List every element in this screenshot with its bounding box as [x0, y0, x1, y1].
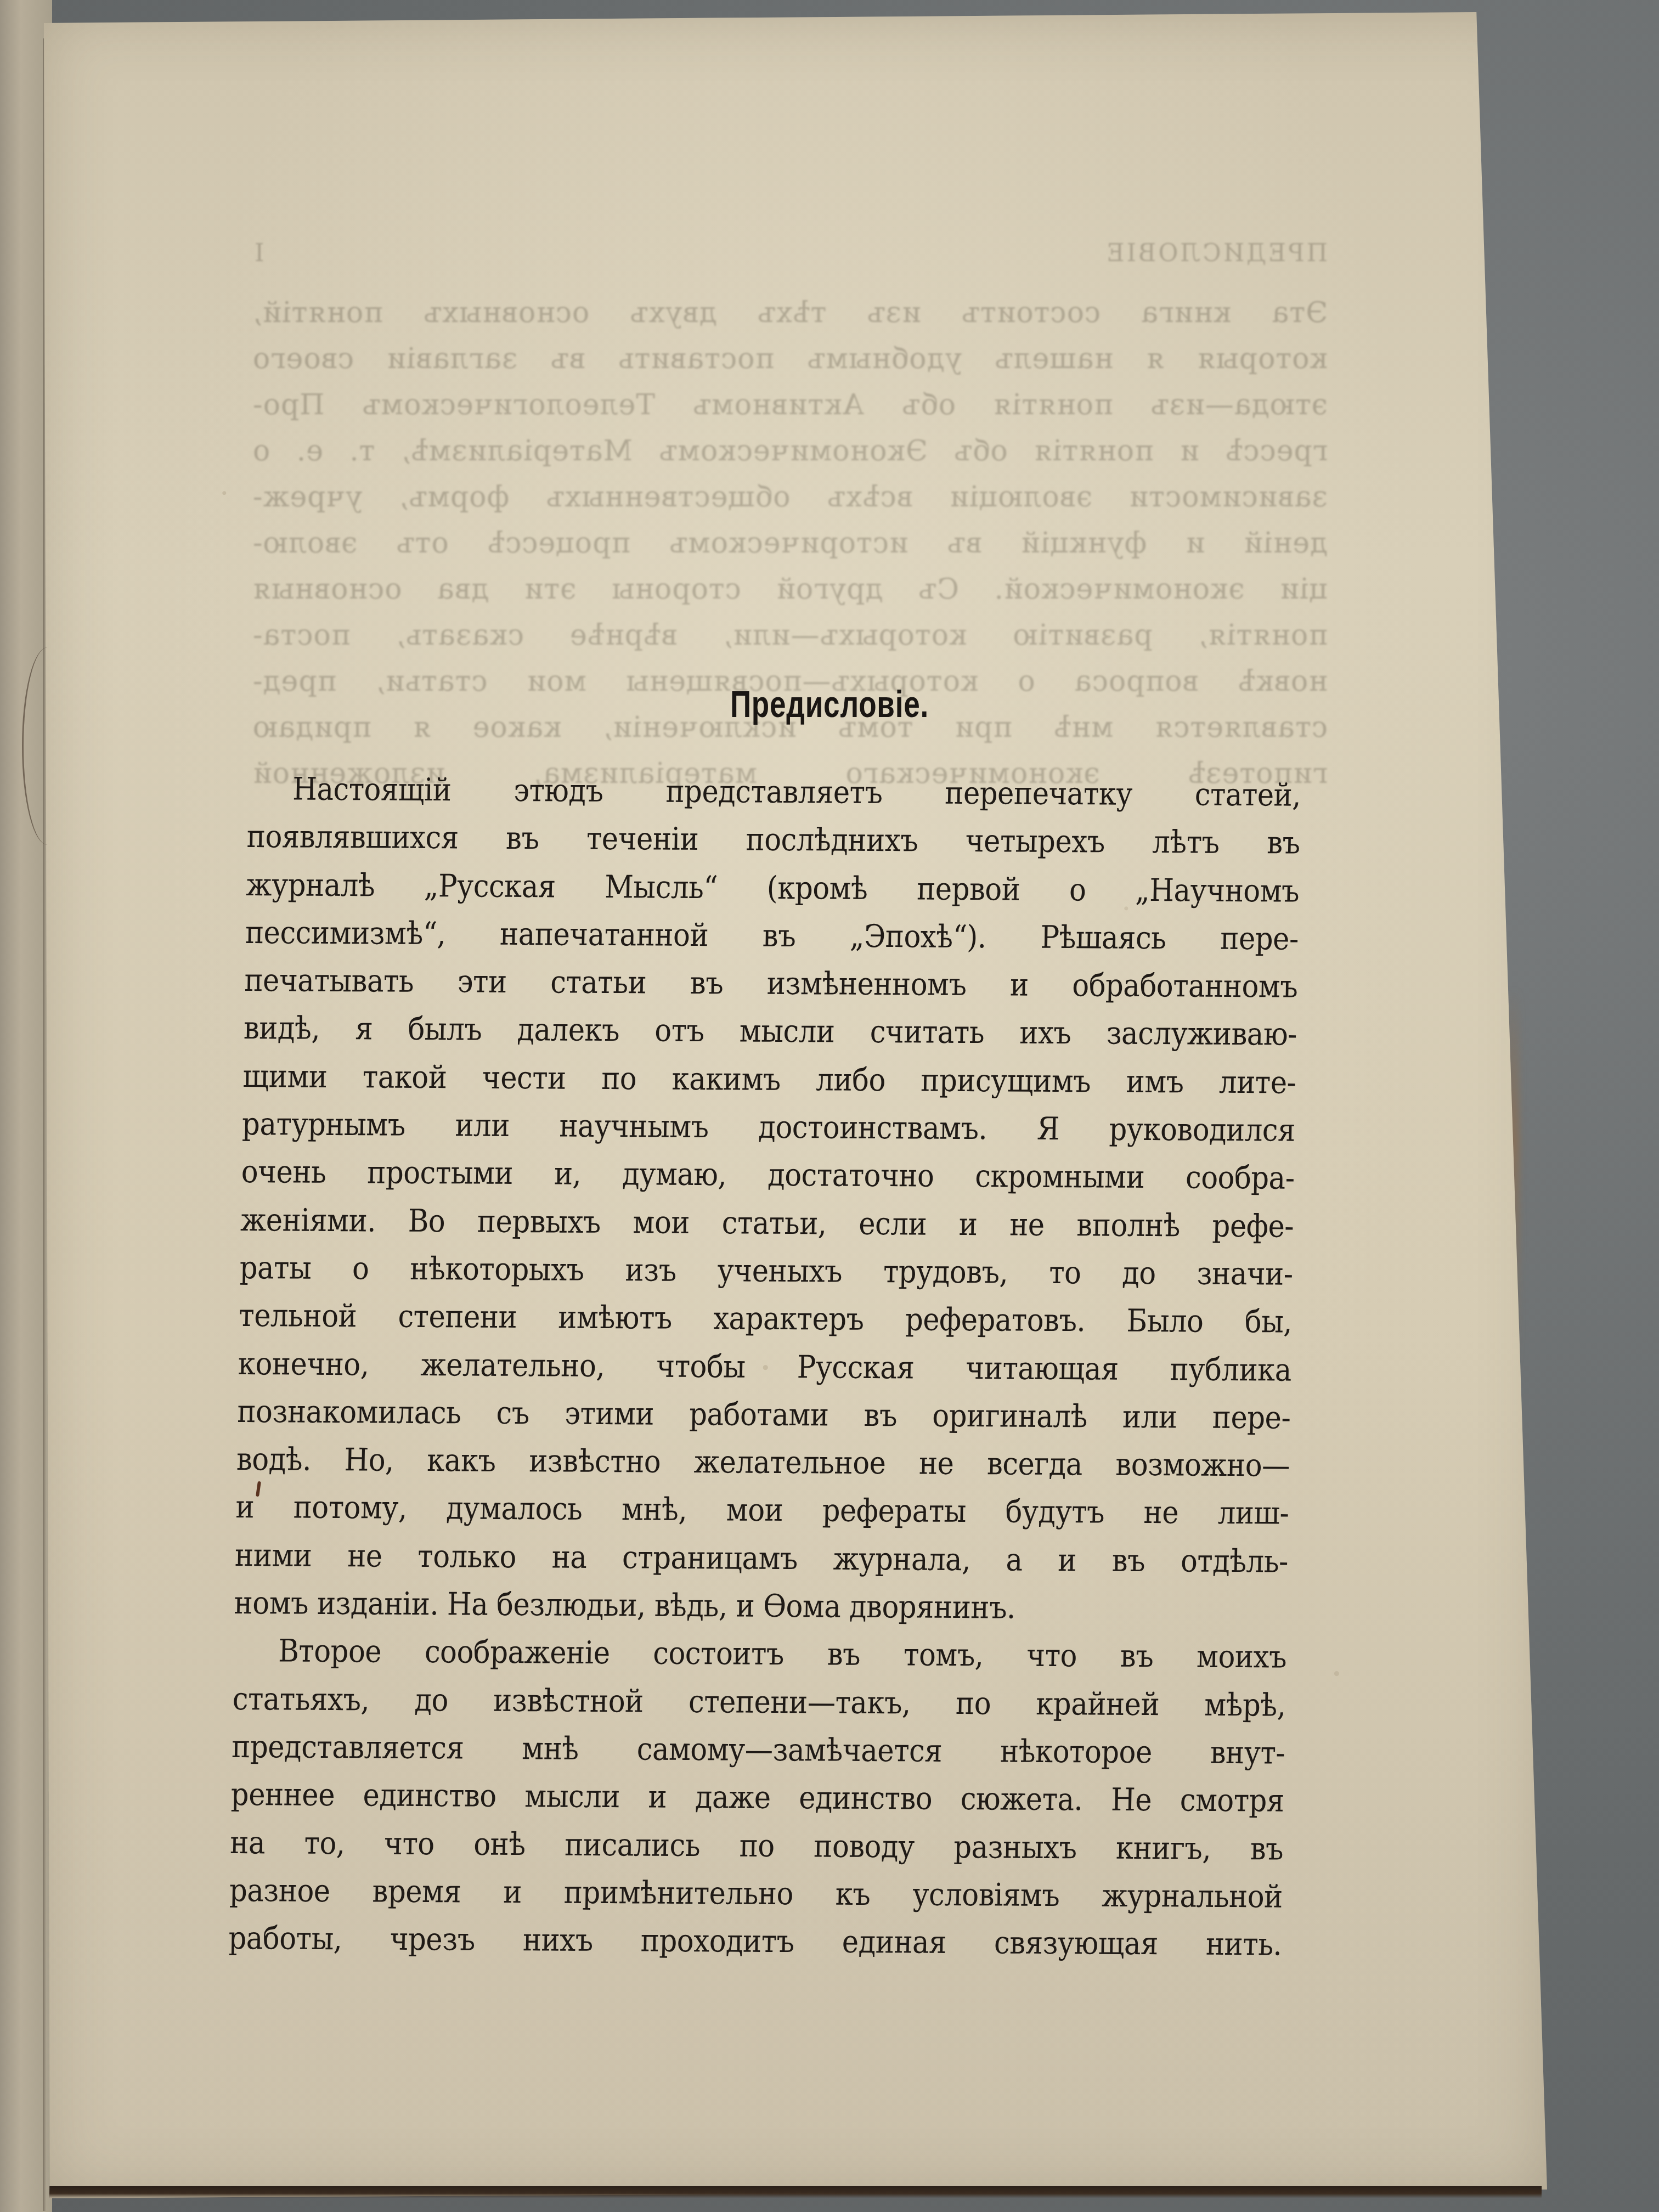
paragraph-1: Настоящій этюдъ представляетъ перепечатк…: [234, 765, 1301, 1634]
show-through-line: ціи экономической. Съ другой стороны эти…: [252, 566, 1328, 612]
text-line: и потому, думалось мнѣ, мои рефераты буд…: [235, 1483, 1289, 1538]
show-through-line: понятія, развитію которыхъ—или, вѣрнѣе с…: [252, 612, 1328, 658]
text-line: тельной степени имѣютъ характеръ реферат…: [239, 1292, 1293, 1346]
paragraph-2: Второе соображеніе состоитъ въ томъ, что…: [228, 1627, 1287, 1969]
show-through-header: ПРЕДИСЛОВІЕ I: [252, 230, 1328, 276]
text-line: представляется мнѣ самому—замѣчается нѣк…: [232, 1723, 1285, 1778]
text-line: появлявшихся въ теченіи послѣднихъ четыр…: [246, 813, 1300, 867]
text-line: работы, чрезъ нихъ проходитъ единая связ…: [228, 1915, 1282, 1969]
show-through-line: грессѣ и понятія объ Экономическомъ Мате…: [252, 428, 1328, 474]
text-line: ратурнымъ или научнымъ достоинствамъ. Я …: [241, 1101, 1295, 1155]
text-line: очень простыми и, думаю, достаточно скро…: [241, 1148, 1295, 1203]
show-through-line: Эта книга состоитъ изъ тѣхъ двухъ основн…: [252, 290, 1328, 336]
text-line: водѣ. Но, какъ извѣстно желательное не в…: [236, 1436, 1290, 1490]
text-line: женіями. Во первыхъ мои статьи, если и н…: [240, 1197, 1294, 1251]
text-line: щими такой чести по какимъ либо присущим…: [242, 1053, 1296, 1107]
text-line: печатывать эти статьи въ измѣненномъ и о…: [244, 957, 1298, 1011]
text-line: номъ изданіи. На безлюдьи, вѣдь, и Ѳома …: [234, 1579, 1288, 1634]
text-line: реннее единство мысли и даже единство сю…: [230, 1771, 1284, 1825]
text-line: на то, что онѣ писались по поводу разных…: [230, 1819, 1284, 1873]
show-through-line: деній и функцій въ историческомъ процесс…: [252, 520, 1328, 566]
show-through-line: зависимости эволюціи всѣхъ общественныхъ…: [252, 474, 1328, 520]
show-through-title: ПРЕДИСЛОВІЕ: [1104, 230, 1328, 276]
body-text: Настоящій этюдъ представляетъ перепечатк…: [228, 765, 1301, 1969]
text-line: раты о нѣкоторыхъ изъ ученыхъ трудовъ, т…: [239, 1244, 1293, 1299]
text-line: познакомилась съ этими работами въ ориги…: [237, 1388, 1291, 1442]
show-through-page-number: I: [252, 230, 264, 276]
text-line: Второе соображеніе состоитъ въ томъ, что…: [233, 1627, 1286, 1681]
margin-pencil-curve: [22, 647, 73, 845]
show-through-line: этюда—изъ понятія объ Активномъ Телеолог…: [252, 382, 1328, 428]
page-heading: Предисловіе.: [183, 683, 1477, 726]
show-through-line: которыя я нашелъ удобнымъ поставить въ з…: [252, 336, 1328, 382]
text-line: видѣ, я былъ далекъ отъ мысли считать их…: [243, 1005, 1297, 1059]
text-line: Настоящій этюдъ представляетъ перепечатк…: [247, 765, 1301, 820]
text-line: пессимизмѣ“, напечатанной въ „Эпохѣ“). Р…: [245, 909, 1299, 963]
text-line: журналѣ „Русская Мысль“ (кромѣ первой о …: [246, 861, 1300, 916]
text-line: ними не только на страницамъ журнала, а …: [234, 1532, 1288, 1586]
text-line: конечно, желательно, чтобы Русская читаю…: [238, 1340, 1291, 1395]
text-line: статьяхъ, до извѣстной степени—такъ, по …: [232, 1675, 1286, 1730]
page-bottom-edge: [49, 2186, 1542, 2198]
text-line: разное время и примѣнительно къ условіям…: [229, 1867, 1283, 1921]
